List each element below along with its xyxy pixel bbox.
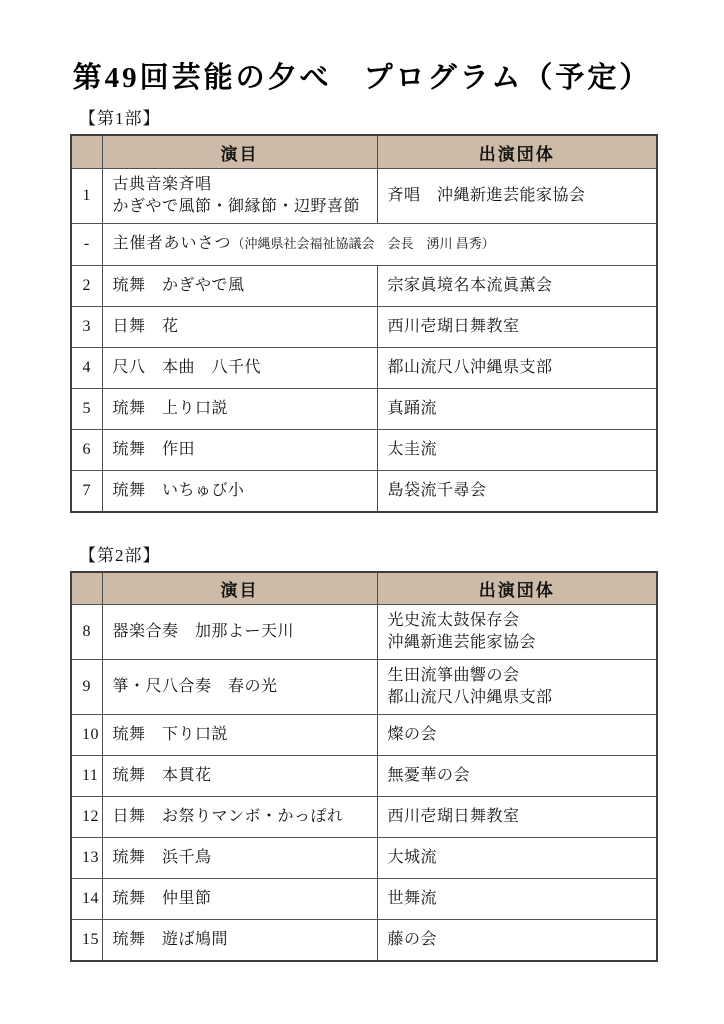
program-line: 古典音楽斉唱: [113, 174, 367, 196]
group-line: 真踊流: [388, 398, 647, 420]
greeting-note-text: （沖縄県社会福祉協議会 会長 湧川 昌秀）: [232, 236, 495, 251]
program-line: 箏・尺八合奏 春の光: [113, 676, 367, 698]
cell-group: 島袋流千尋会: [377, 471, 657, 512]
table-row: 15琉舞 遊ば鳩間藤の会: [71, 920, 657, 961]
cell-group: 都山流尺八沖縄県支部: [377, 348, 657, 389]
cell-group: 無憂華の会: [377, 756, 657, 797]
group-line: 斉唱 沖縄新進芸能家協会: [388, 185, 647, 207]
table-head: 演目出演団体: [71, 572, 657, 605]
document-page: 第49回芸能の夕べ プログラム（予定） 【第1部】 演目出演団体1古典音楽斉唱か…: [0, 0, 724, 1024]
table-body: 8器楽合奏 加那よー天川光史流太鼓保存会沖縄新進芸能家協会9箏・尺八合奏 春の光…: [71, 605, 657, 961]
header-cell-group: 出演団体: [377, 135, 657, 168]
program-line: 琉舞 本貫花: [113, 765, 367, 787]
greeting-main-text: 主催者あいさつ: [113, 235, 232, 252]
cell-number: -: [71, 224, 102, 266]
program-line: 琉舞 仲里節: [113, 888, 367, 910]
table-row: 14琉舞 仲里節世舞流: [71, 879, 657, 920]
cell-number: 9: [71, 660, 102, 715]
table-row: 2琉舞 かぎやで風宗家眞境名本流眞薫会: [71, 266, 657, 307]
part-1-heading: 【第1部】: [79, 104, 724, 129]
cell-group: 宗家眞境名本流眞薫会: [377, 266, 657, 307]
cell-number: 11: [71, 756, 102, 797]
cell-number: 1: [71, 168, 102, 223]
table-row: 7琉舞 いちゅび小島袋流千尋会: [71, 471, 657, 512]
cell-group: 西川壱瑚日舞教室: [377, 797, 657, 838]
table-row: 1古典音楽斉唱かぎやで風節・御縁節・辺野喜節斉唱 沖縄新進芸能家協会: [71, 168, 657, 223]
group-line: 光史流太鼓保存会: [388, 610, 647, 632]
cell-program: 琉舞 作田: [102, 430, 377, 471]
cell-program: 尺八 本曲 八千代: [102, 348, 377, 389]
program-line: 尺八 本曲 八千代: [113, 357, 367, 379]
cell-program: 琉舞 下り口説: [102, 715, 377, 756]
cell-group: 藤の会: [377, 920, 657, 961]
program-line: 琉舞 下り口説: [113, 724, 367, 746]
cell-program: 琉舞 上り口説: [102, 389, 377, 430]
table-row: 8器楽合奏 加那よー天川光史流太鼓保存会沖縄新進芸能家協会: [71, 605, 657, 660]
cell-program: 琉舞 いちゅび小: [102, 471, 377, 512]
group-line: 燦の会: [388, 724, 647, 746]
table-row: 4尺八 本曲 八千代都山流尺八沖縄県支部: [71, 348, 657, 389]
program-line: 日舞 花: [113, 316, 367, 338]
cell-group: 西川壱瑚日舞教室: [377, 307, 657, 348]
part-1: 【第1部】 演目出演団体1古典音楽斉唱かぎやで風節・御縁節・辺野喜節斉唱 沖縄新…: [0, 104, 724, 512]
program-line: 器楽合奏 加那よー天川: [113, 621, 367, 643]
table-row: 5琉舞 上り口説真踊流: [71, 389, 657, 430]
table-row: 12日舞 お祭りマンボ・かっぽれ西川壱瑚日舞教室: [71, 797, 657, 838]
header-cell-program: 演目: [102, 135, 377, 168]
group-line: 生田流箏曲響の会: [388, 665, 647, 687]
cell-group: 光史流太鼓保存会沖縄新進芸能家協会: [377, 605, 657, 660]
cell-number: 6: [71, 430, 102, 471]
cell-greeting: 主催者あいさつ（沖縄県社会福祉協議会 会長 湧川 昌秀）: [102, 224, 657, 266]
cell-group: 真踊流: [377, 389, 657, 430]
cell-number: 14: [71, 879, 102, 920]
part-2: 【第2部】 演目出演団体8器楽合奏 加那よー天川光史流太鼓保存会沖縄新進芸能家協…: [0, 541, 724, 962]
header-row: 演目出演団体: [71, 572, 657, 605]
cell-number: 3: [71, 307, 102, 348]
header-cell-no: [71, 135, 102, 168]
program-line: かぎやで風節・御縁節・辺野喜節: [113, 196, 367, 218]
group-line: 大城流: [388, 847, 647, 869]
table-row: 3日舞 花西川壱瑚日舞教室: [71, 307, 657, 348]
cell-number: 15: [71, 920, 102, 961]
program-line: 日舞 お祭りマンボ・かっぽれ: [113, 806, 367, 828]
cell-program: 琉舞 遊ば鳩間: [102, 920, 377, 961]
table-row: 10琉舞 下り口説燦の会: [71, 715, 657, 756]
group-line: 沖縄新進芸能家協会: [388, 632, 647, 654]
cell-number: 8: [71, 605, 102, 660]
page-title: 第49回芸能の夕べ プログラム（予定）: [0, 0, 724, 95]
group-line: 都山流尺八沖縄県支部: [388, 687, 647, 709]
group-line: 無憂華の会: [388, 765, 647, 787]
header-cell-group: 出演団体: [377, 572, 657, 605]
part-2-heading: 【第2部】: [79, 541, 724, 566]
program-line: 琉舞 かぎやで風: [113, 275, 367, 297]
group-line: 都山流尺八沖縄県支部: [388, 357, 647, 379]
cell-program: 琉舞 浜千鳥: [102, 838, 377, 879]
table-row: 13琉舞 浜千鳥大城流: [71, 838, 657, 879]
cell-group: 生田流箏曲響の会都山流尺八沖縄県支部: [377, 660, 657, 715]
part-2-table: 演目出演団体8器楽合奏 加那よー天川光史流太鼓保存会沖縄新進芸能家協会9箏・尺八…: [70, 571, 658, 962]
table-head: 演目出演団体: [71, 135, 657, 168]
program-line: 琉舞 作田: [113, 439, 367, 461]
greeting-row: -主催者あいさつ（沖縄県社会福祉協議会 会長 湧川 昌秀）: [71, 224, 657, 266]
cell-program: 箏・尺八合奏 春の光: [102, 660, 377, 715]
cell-group: 燦の会: [377, 715, 657, 756]
cell-program: 日舞 お祭りマンボ・かっぽれ: [102, 797, 377, 838]
program-line: 琉舞 浜千鳥: [113, 847, 367, 869]
cell-number: 7: [71, 471, 102, 512]
cell-group: 世舞流: [377, 879, 657, 920]
table-row: 6琉舞 作田太圭流: [71, 430, 657, 471]
group-line: 藤の会: [388, 929, 647, 951]
group-line: 島袋流千尋会: [388, 480, 647, 502]
cell-program: 古典音楽斉唱かぎやで風節・御縁節・辺野喜節: [102, 168, 377, 223]
group-line: 西川壱瑚日舞教室: [388, 806, 647, 828]
table-body: 1古典音楽斉唱かぎやで風節・御縁節・辺野喜節斉唱 沖縄新進芸能家協会-主催者あい…: [71, 168, 657, 511]
cell-program: 器楽合奏 加那よー天川: [102, 605, 377, 660]
cell-program: 日舞 花: [102, 307, 377, 348]
program-line: 琉舞 上り口説: [113, 398, 367, 420]
table-row: 9箏・尺八合奏 春の光生田流箏曲響の会都山流尺八沖縄県支部: [71, 660, 657, 715]
cell-number: 2: [71, 266, 102, 307]
cell-number: 12: [71, 797, 102, 838]
cell-number: 10: [71, 715, 102, 756]
header-row: 演目出演団体: [71, 135, 657, 168]
program-line: 琉舞 いちゅび小: [113, 480, 367, 502]
group-line: 世舞流: [388, 888, 647, 910]
group-line: 太圭流: [388, 439, 647, 461]
cell-group: 太圭流: [377, 430, 657, 471]
header-cell-no: [71, 572, 102, 605]
cell-group: 斉唱 沖縄新進芸能家協会: [377, 168, 657, 223]
program-line: 琉舞 遊ば鳩間: [113, 929, 367, 951]
part-1-table: 演目出演団体1古典音楽斉唱かぎやで風節・御縁節・辺野喜節斉唱 沖縄新進芸能家協会…: [70, 134, 658, 512]
group-line: 宗家眞境名本流眞薫会: [388, 275, 647, 297]
cell-number: 5: [71, 389, 102, 430]
cell-program: 琉舞 本貫花: [102, 756, 377, 797]
cell-group: 大城流: [377, 838, 657, 879]
cell-number: 13: [71, 838, 102, 879]
cell-program: 琉舞 かぎやで風: [102, 266, 377, 307]
table-row: 11琉舞 本貫花無憂華の会: [71, 756, 657, 797]
header-cell-program: 演目: [102, 572, 377, 605]
cell-program: 琉舞 仲里節: [102, 879, 377, 920]
cell-number: 4: [71, 348, 102, 389]
group-line: 西川壱瑚日舞教室: [388, 316, 647, 338]
